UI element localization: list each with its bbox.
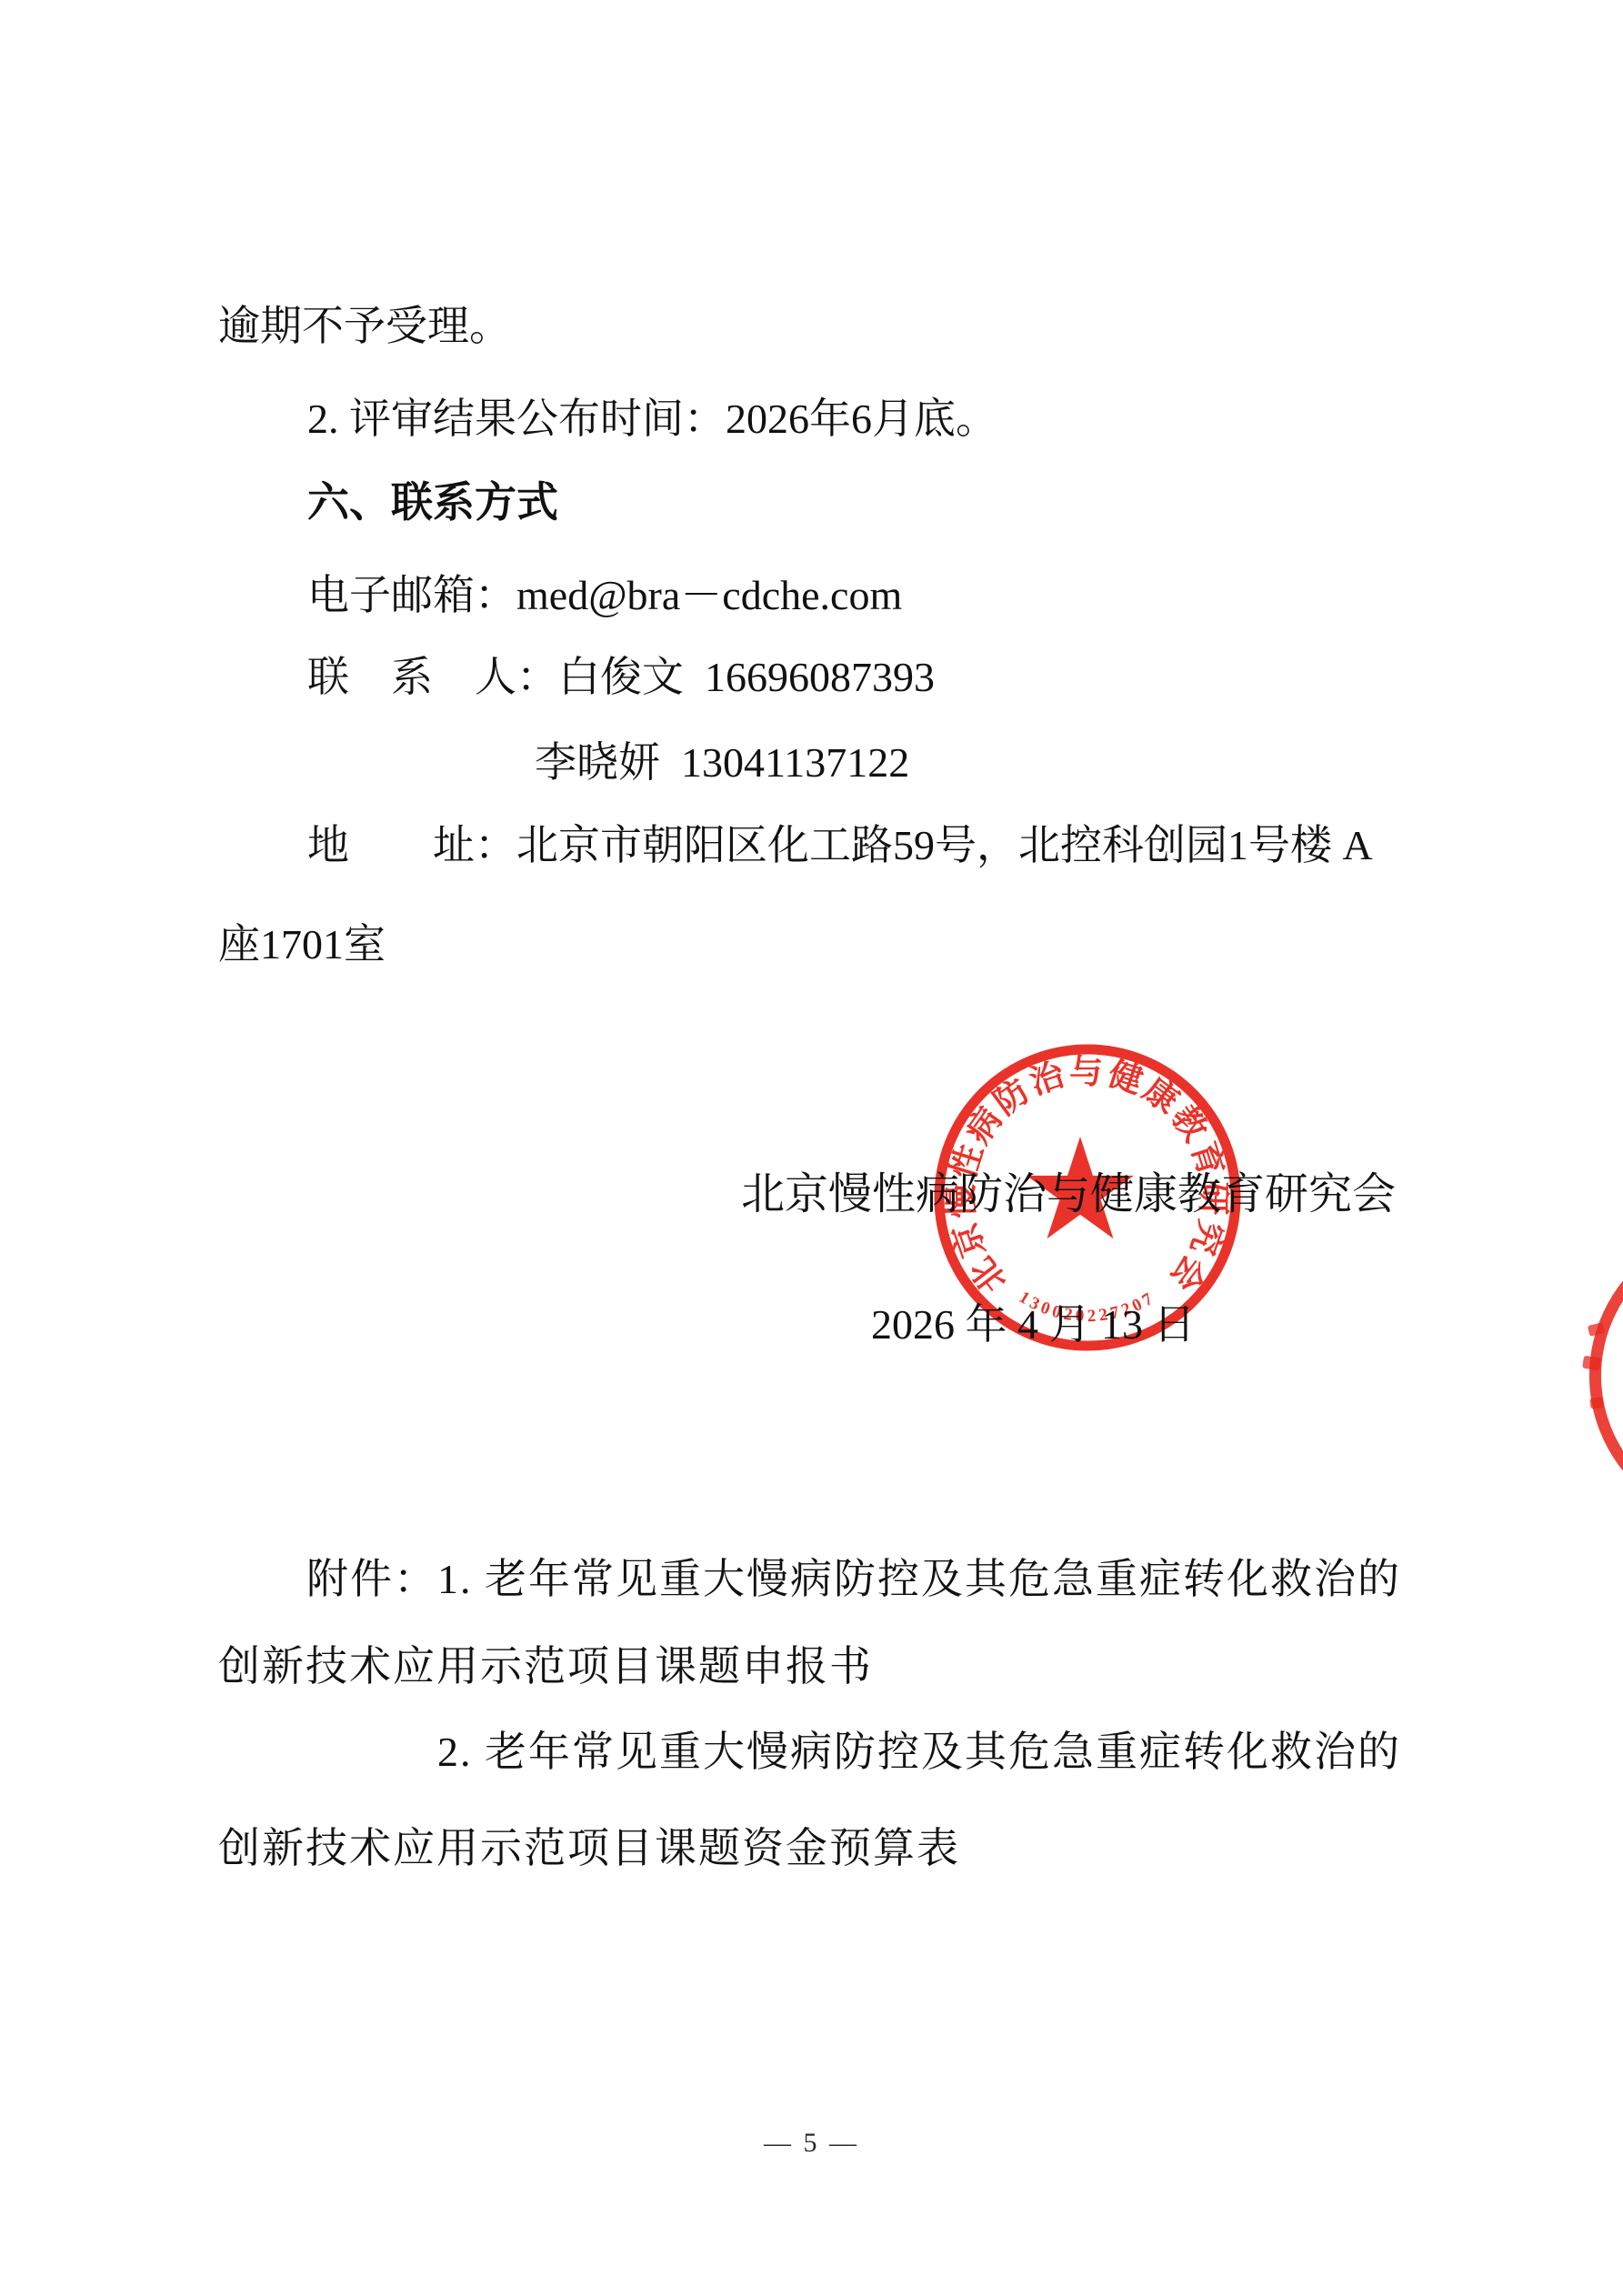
attachment-2-line-1: 2. 老年常见重大慢病防控及其危急重症转化救治的 xyxy=(437,1726,1401,1779)
document-page: 逾期不予受理。 2. 评审结果公布时间：2026年6月底。 六、联系方式 电子邮… xyxy=(0,0,1623,2296)
paragraph-contact-person-2: 李晓妍 13041137122 xyxy=(535,737,909,789)
paragraph-email: 电子邮箱：med@bra－cdche.com xyxy=(307,569,902,622)
paragraph-overdue-notice: 逾期不予受理。 xyxy=(218,300,511,353)
paragraph-review-result-time: 2. 评审结果公布时间：2026年6月底。 xyxy=(307,393,997,446)
section-heading-contact: 六、联系方式 xyxy=(307,476,558,529)
paragraph-contact-person-1: 联 系 人：白俊文 16696087393 xyxy=(307,651,935,704)
edge-seal-marks xyxy=(1582,1356,1601,1371)
paragraph-address-line-2: 座1701室 xyxy=(218,918,386,971)
paragraph-address-line-1: 地 址：北京市朝阳区化工路59号，北控科创园1号楼 A xyxy=(307,819,1373,872)
signature-organization: 北京慢性病防治与健康教育研究会 xyxy=(741,1168,1396,1222)
page-number: — 5 — xyxy=(0,2128,1623,2159)
edge-seal-marks xyxy=(1589,1397,1603,1409)
attachment-1-line-2: 创新技术应用示范项目课题申报书 xyxy=(218,1640,873,1693)
attachment-1-line-1: 附件：1. 老年常见重大慢病防控及其危急重症转化救治的 xyxy=(306,1553,1401,1606)
edge-seal-arc xyxy=(1589,1225,1623,1527)
signature-date: 2026 年 4 月 13 日 xyxy=(871,1298,1196,1351)
attachment-2-line-2: 创新技术应用示范项目课题资金预算表 xyxy=(218,1822,960,1875)
